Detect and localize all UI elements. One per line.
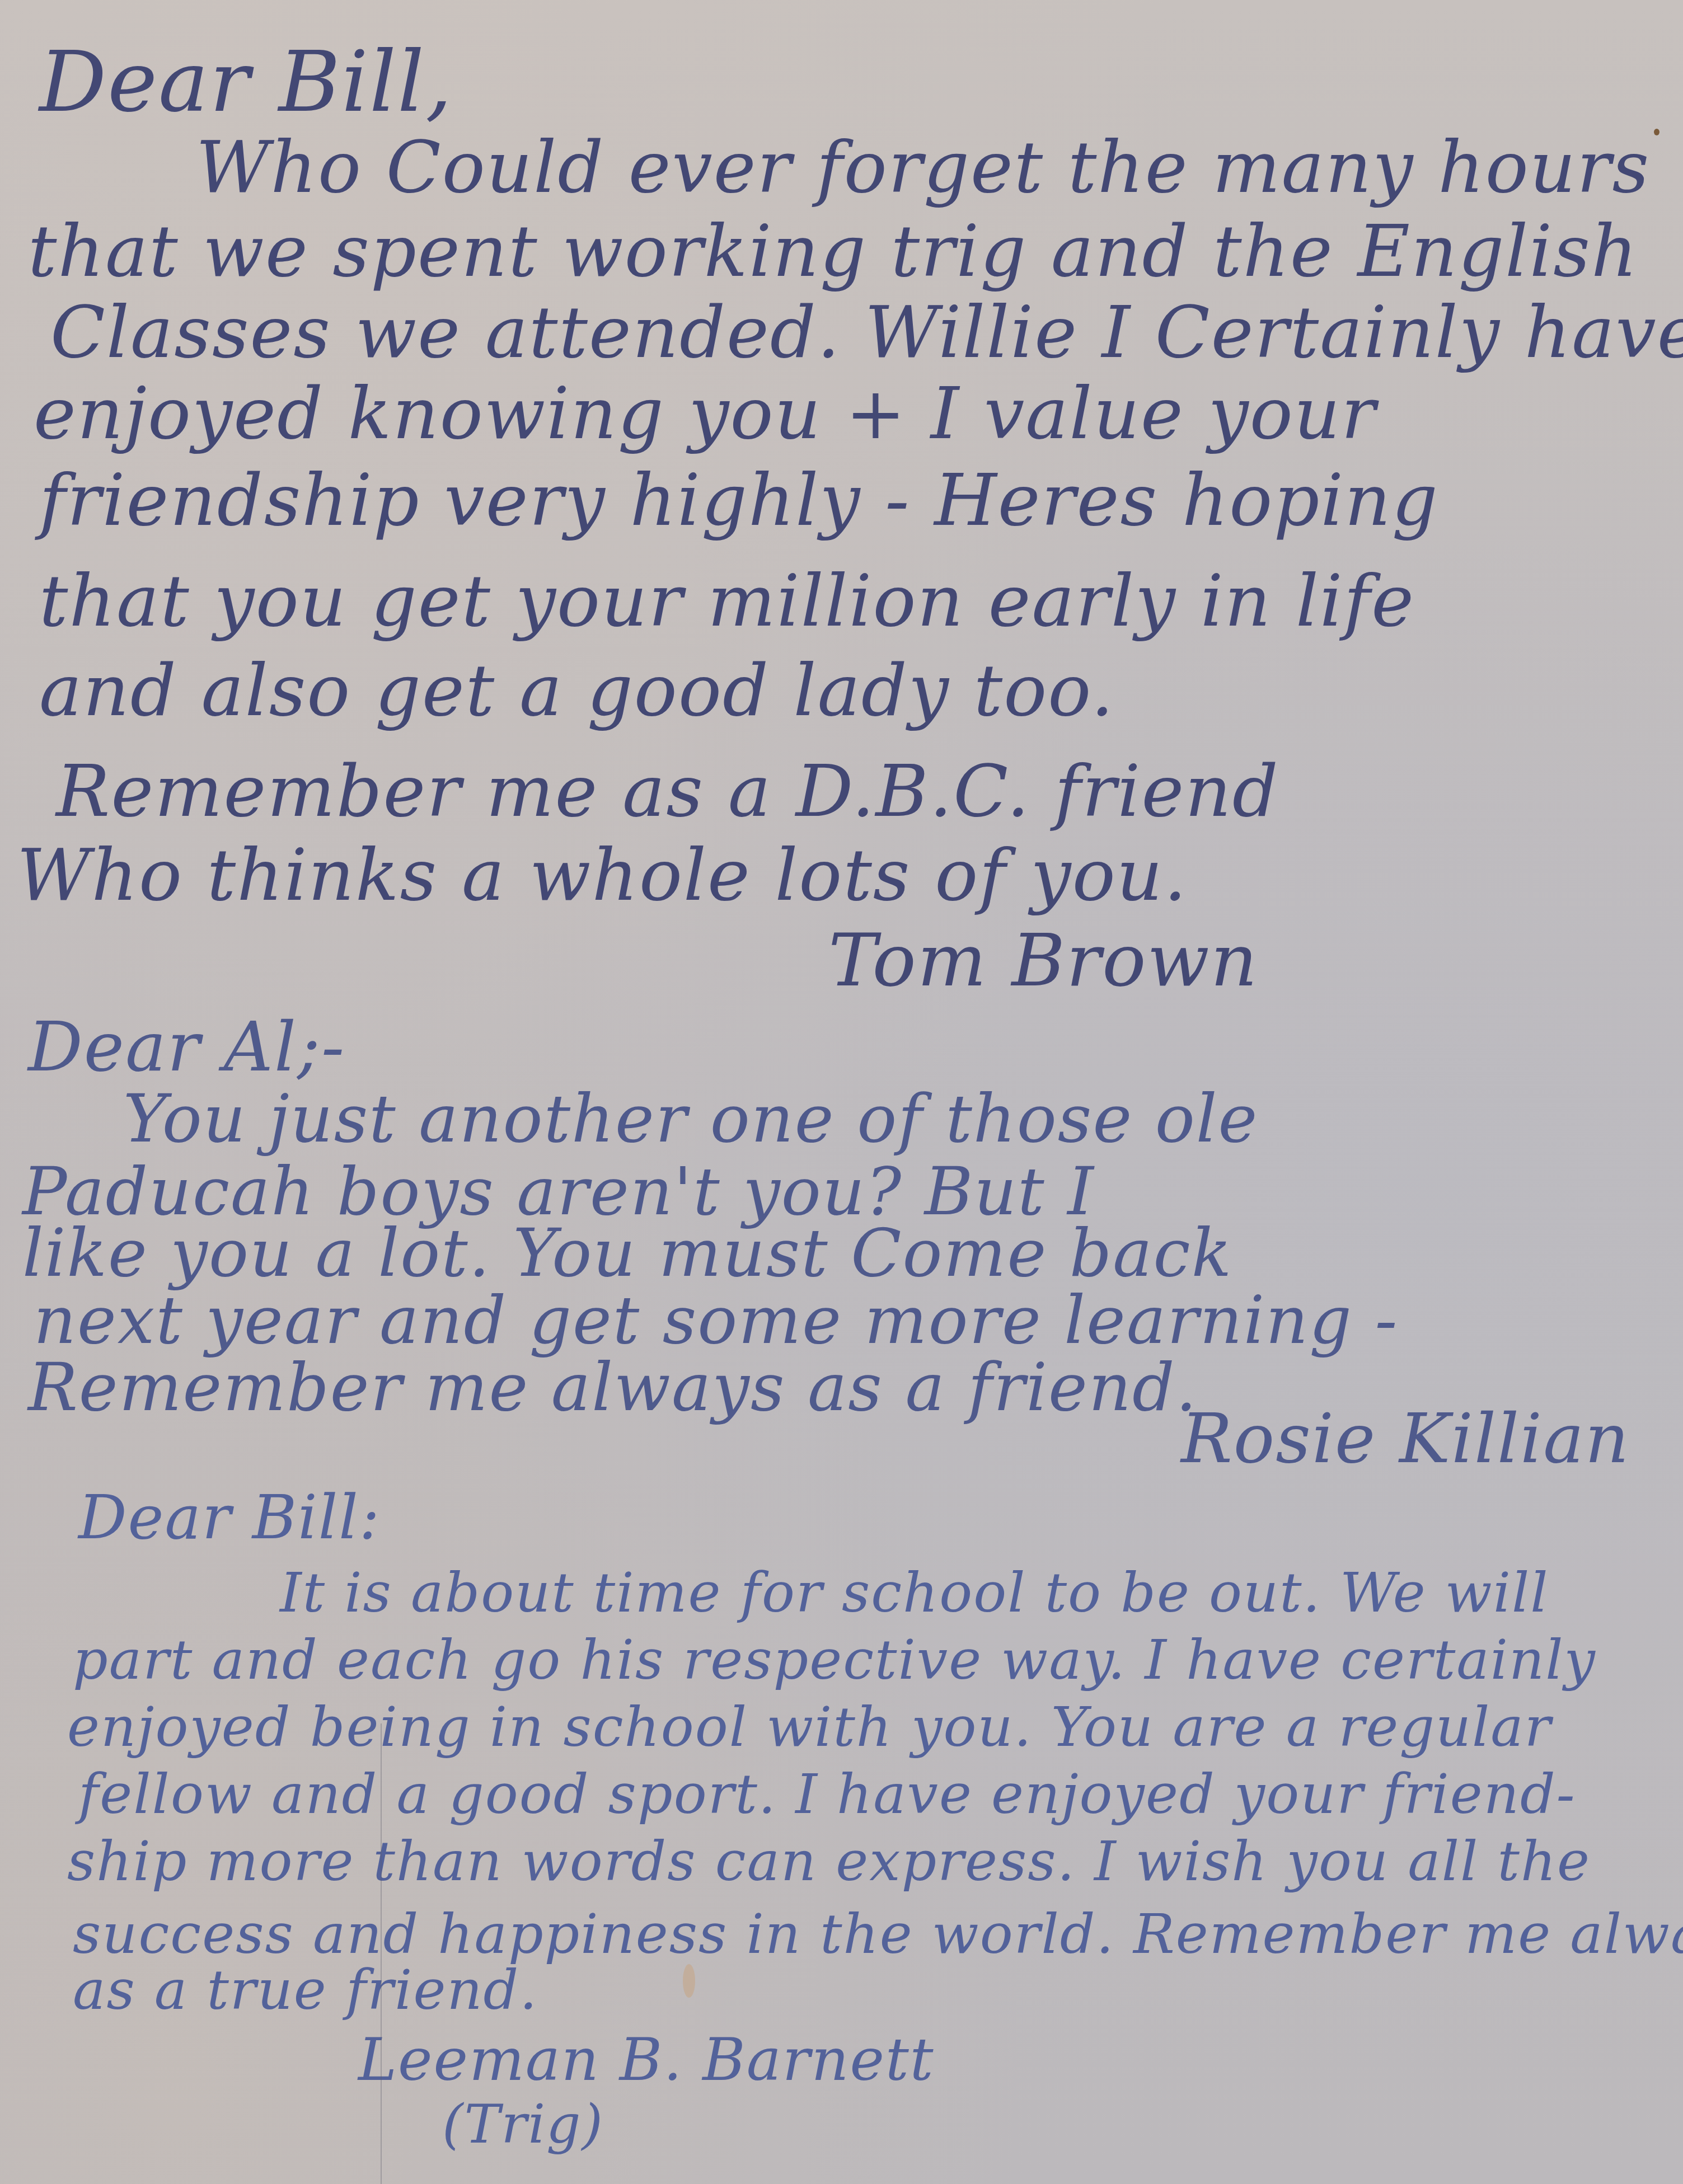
note-line: that you get your million early in life xyxy=(39,560,1415,643)
signature: Tom Brown xyxy=(828,918,1258,1003)
note-line: fellow and a good sport. I have enjoyed … xyxy=(78,1763,1576,1826)
note-line: Who thinks a whole lots of you. xyxy=(17,834,1188,917)
signature: Leeman B. Barnett xyxy=(358,2026,935,2094)
note-line: You just another one of those ole xyxy=(123,1080,1258,1157)
note-line: as a true friend. xyxy=(73,1958,538,2022)
note-line: Who Could ever forget the many hours xyxy=(196,126,1650,209)
note-line: part and each go his respective way. I h… xyxy=(73,1628,1596,1692)
pencil-margin-line xyxy=(381,1723,382,2184)
nickname: (Trig) xyxy=(442,2093,604,2155)
note-line: enjoyed knowing you + I value your xyxy=(34,372,1376,455)
signature: Rosie Killian xyxy=(1181,1399,1630,1478)
autograph-page: Dear Bill, Who Could ever forget the man… xyxy=(0,0,1683,2184)
salutation: Dear Bill, xyxy=(39,34,453,131)
note-line: success and happiness in the world. Reme… xyxy=(73,1903,1683,1966)
paper-stain xyxy=(683,1964,695,1998)
note-line: Remember me always as a friend. xyxy=(28,1349,1198,1426)
note-line: that we spent working trig and the Engli… xyxy=(28,210,1638,293)
salutation: Dear Bill: xyxy=(78,1483,381,1553)
note-line: friendship very highly - Heres hoping xyxy=(39,459,1439,542)
salutation: Dear Al;- xyxy=(28,1007,345,1087)
note-line: enjoyed being in school with you. You ar… xyxy=(67,1695,1552,1759)
note-line: Classes we attended. Willie I Certainly … xyxy=(50,291,1683,374)
note-line: It is about time for school to be out. W… xyxy=(280,1561,1549,1625)
paper-stain xyxy=(1654,129,1659,135)
note-line: ship more than words can express. I wish… xyxy=(67,1830,1591,1894)
note-line: and also get a good lady too. xyxy=(39,649,1115,732)
note-line: next year and get some more learning - xyxy=(34,1281,1398,1359)
note-line: like you a lot. You must Come back xyxy=(22,1214,1232,1291)
note-line: Remember me as a D.B.C. friend xyxy=(56,750,1279,833)
